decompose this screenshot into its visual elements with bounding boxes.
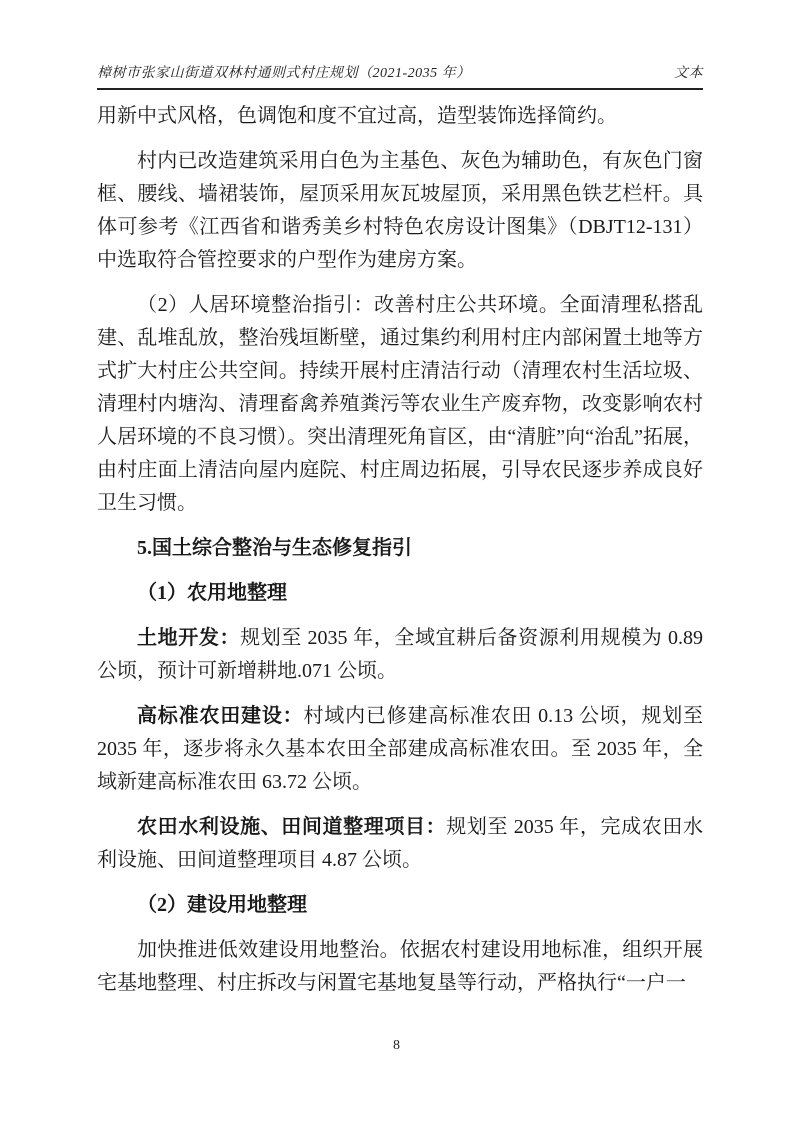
subsection-heading-1: （1）农用地整理 [97, 577, 703, 610]
page-header: 樟树市张家山街道双林村通则式村庄规划（2021-2035 年） 文本 [97, 62, 703, 90]
section-heading-5: 5.国土综合整治与生态修复指引 [97, 532, 703, 565]
paragraph-land-development: 土地开发：规划至 2035 年，全域宜耕后备资源利用规模为 0.89 公顷，预计… [97, 622, 703, 688]
document-body: 用新中式风格，色调饱和度不宜过高，造型装饰选择简约。 村内已改造建筑采用白色为主… [97, 100, 703, 1000]
paragraph-environment: （2）人居环境整治指引：改善村庄公共环境。全面清理私搭乱建、乱堆乱放，整治残垣断… [97, 289, 703, 520]
paragraph-irrigation-project: 农田水利设施、田间道整理项目：规划至 2035 年，完成农田水利设施、田间道整理… [97, 811, 703, 877]
paragraph-high-standard-farmland: 高标准农田建设：村域内已修建高标准农田 0.13 公顷，规划至 2035 年，逐… [97, 700, 703, 799]
paragraph-renovation: 村内已改造建筑采用白色为主基色、灰色为辅助色，有灰色门窗框、腰线、墙裙装饰，屋顶… [97, 145, 703, 277]
page-number: 8 [393, 1038, 400, 1053]
paragraph-lead-land-development: 土地开发： [137, 627, 240, 649]
header-doc-type: 文本 [674, 62, 703, 82]
paragraph-lead-high-standard-farmland: 高标准农田建设： [137, 705, 303, 727]
paragraph-construction-land: 加快推进低效建设用地整治。依据农村建设用地标准，组织开展宅基地整理、村庄拆改与闲… [97, 934, 703, 1000]
paragraph-lead-irrigation-project: 农田水利设施、田间道整理项目： [137, 816, 446, 838]
page-footer: 8 [0, 1038, 793, 1054]
subsection-heading-2: （2）建设用地整理 [97, 889, 703, 922]
document-page: 樟树市张家山街道双林村通则式村庄规划（2021-2035 年） 文本 用新中式风… [0, 0, 793, 1122]
header-title: 樟树市张家山街道双林村通则式村庄规划（2021-2035 年） [97, 62, 471, 82]
paragraph-continuation: 用新中式风格，色调饱和度不宜过高，造型装饰选择简约。 [97, 100, 703, 133]
